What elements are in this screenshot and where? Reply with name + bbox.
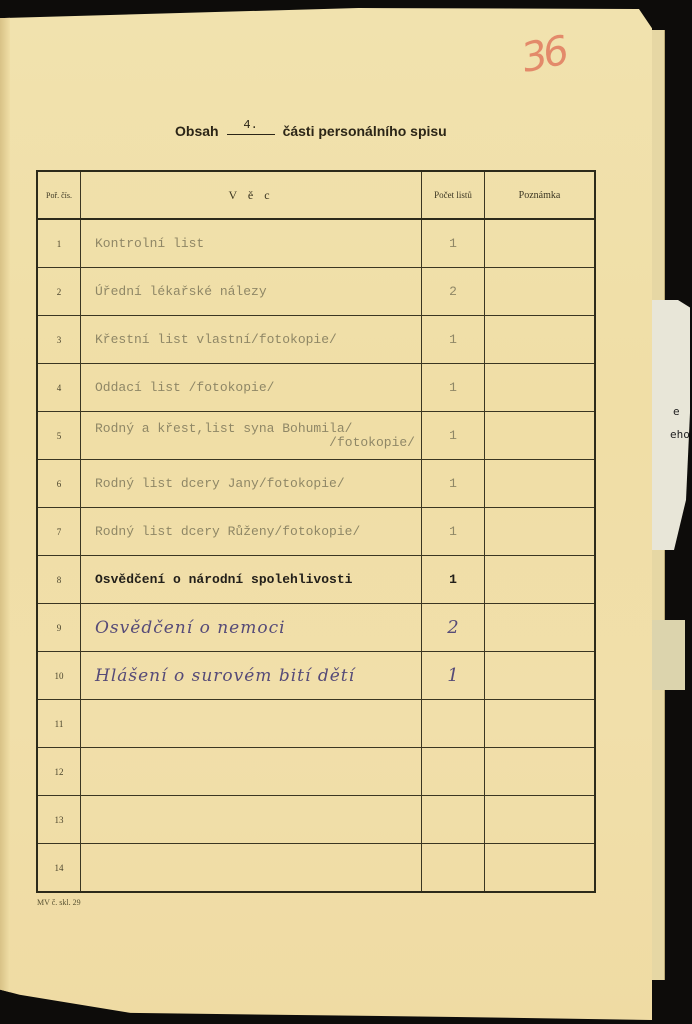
- underlying-text-fragment: eho: [670, 428, 690, 441]
- row-item: Rodný a křest,list syna Bohumila/ /fotok…: [81, 412, 422, 460]
- row-number: 9: [37, 604, 81, 652]
- row-sheet-count: [422, 700, 485, 748]
- header-item: V ě c: [81, 171, 422, 219]
- row-note: [485, 508, 596, 556]
- row-note: [485, 460, 596, 508]
- table-row: 6 Rodný list dcery Jany/fotokopie/ 1: [37, 460, 595, 508]
- header-note: Poznámka: [485, 171, 596, 219]
- row-item: Oddací list /fotokopie/: [81, 364, 422, 412]
- table-header-row: Poř. čís. V ě c Počet listů Poznámka: [37, 171, 595, 219]
- row-note: [485, 700, 596, 748]
- underlying-text-fragment: e: [673, 405, 680, 418]
- table-row: 4 Oddací list /fotokopie/ 1: [37, 364, 595, 412]
- header-sheet-count: Počet listů: [422, 171, 485, 219]
- row-item: Rodný list dcery Růženy/fotokopie/: [81, 508, 422, 556]
- form-code: MV č. skl. 29: [37, 898, 81, 907]
- table-row: 3 Křestní list vlastní/fotokopie/ 1: [37, 316, 595, 364]
- row-sheet-count: [422, 796, 485, 844]
- row-sheet-count-handwritten: 2: [422, 604, 485, 652]
- row-item: Rodný list dcery Jany/fotokopie/: [81, 460, 422, 508]
- document-title: Obsah 4. části personálního spisu: [175, 123, 447, 139]
- row-item: Osvědčení o národní spolehlivosti: [81, 556, 422, 604]
- row-item: [81, 796, 422, 844]
- row-sheet-count: 2: [422, 268, 485, 316]
- row-number: 14: [37, 844, 81, 893]
- row-note: [485, 556, 596, 604]
- row-number: 1: [37, 219, 81, 268]
- row-item-line1: Rodný a křest,list syna Bohumila/: [95, 421, 352, 436]
- row-note: [485, 316, 596, 364]
- row-number: 2: [37, 268, 81, 316]
- contents-table: Poř. čís. V ě c Počet listů Poznámka 1 K…: [36, 170, 596, 893]
- row-note: [485, 796, 596, 844]
- row-sheet-count: 1: [422, 364, 485, 412]
- row-note: [485, 364, 596, 412]
- row-note: [485, 219, 596, 268]
- row-number: 3: [37, 316, 81, 364]
- row-number: 13: [37, 796, 81, 844]
- underlying-paper-tab: [650, 620, 685, 690]
- header-number: Poř. čís.: [37, 171, 81, 219]
- row-note: [485, 844, 596, 893]
- row-sheet-count: 1: [422, 316, 485, 364]
- table-row: 13: [37, 796, 595, 844]
- table-row: 10 Hlášení o surovém bití dětí 1: [37, 652, 595, 700]
- row-item-handwritten: Hlášení o surovém bití dětí: [81, 652, 422, 700]
- row-item: Kontrolní list: [81, 219, 422, 268]
- row-item: [81, 700, 422, 748]
- row-sheet-count-handwritten: 1: [422, 652, 485, 700]
- title-suffix: části personálního spisu: [283, 123, 447, 139]
- row-item: [81, 844, 422, 893]
- table-row: 8 Osvědčení o národní spolehlivosti 1: [37, 556, 595, 604]
- folio-number: 36: [518, 28, 570, 82]
- row-note: [485, 268, 596, 316]
- row-sheet-count: 1: [422, 460, 485, 508]
- part-number-field: 4.: [227, 120, 275, 135]
- row-sheet-count: [422, 844, 485, 893]
- row-number: 7: [37, 508, 81, 556]
- row-item-line2: /fotokopie/: [95, 436, 421, 450]
- title-prefix: Obsah: [175, 123, 219, 139]
- row-item: [81, 748, 422, 796]
- row-number: 5: [37, 412, 81, 460]
- row-sheet-count: 1: [422, 412, 485, 460]
- table-row: 7 Rodný list dcery Růženy/fotokopie/ 1: [37, 508, 595, 556]
- row-number: 12: [37, 748, 81, 796]
- table-row: 9 Osvědčení o nemoci 2: [37, 604, 595, 652]
- row-number: 8: [37, 556, 81, 604]
- row-number: 11: [37, 700, 81, 748]
- row-number: 10: [37, 652, 81, 700]
- table-row: 14: [37, 844, 595, 893]
- row-item-handwritten: Osvědčení o nemoci: [81, 604, 422, 652]
- table-row: 11: [37, 700, 595, 748]
- row-note: [485, 604, 596, 652]
- row-item: Úřední lékařské nálezy: [81, 268, 422, 316]
- underlying-paper-fragment: [650, 300, 690, 550]
- row-sheet-count: 1: [422, 508, 485, 556]
- table-row: 1 Kontrolní list 1: [37, 219, 595, 268]
- table-row: 5 Rodný a křest,list syna Bohumila/ /fot…: [37, 412, 595, 460]
- table-row: 12: [37, 748, 595, 796]
- row-sheet-count: 1: [422, 219, 485, 268]
- row-note: [485, 748, 596, 796]
- page-edge-shadow: [0, 8, 10, 1020]
- row-number: 4: [37, 364, 81, 412]
- row-number: 6: [37, 460, 81, 508]
- row-item: Křestní list vlastní/fotokopie/: [81, 316, 422, 364]
- row-sheet-count: 1: [422, 556, 485, 604]
- row-note: [485, 412, 596, 460]
- row-note: [485, 652, 596, 700]
- row-sheet-count: [422, 748, 485, 796]
- table-row: 2 Úřední lékařské nálezy 2: [37, 268, 595, 316]
